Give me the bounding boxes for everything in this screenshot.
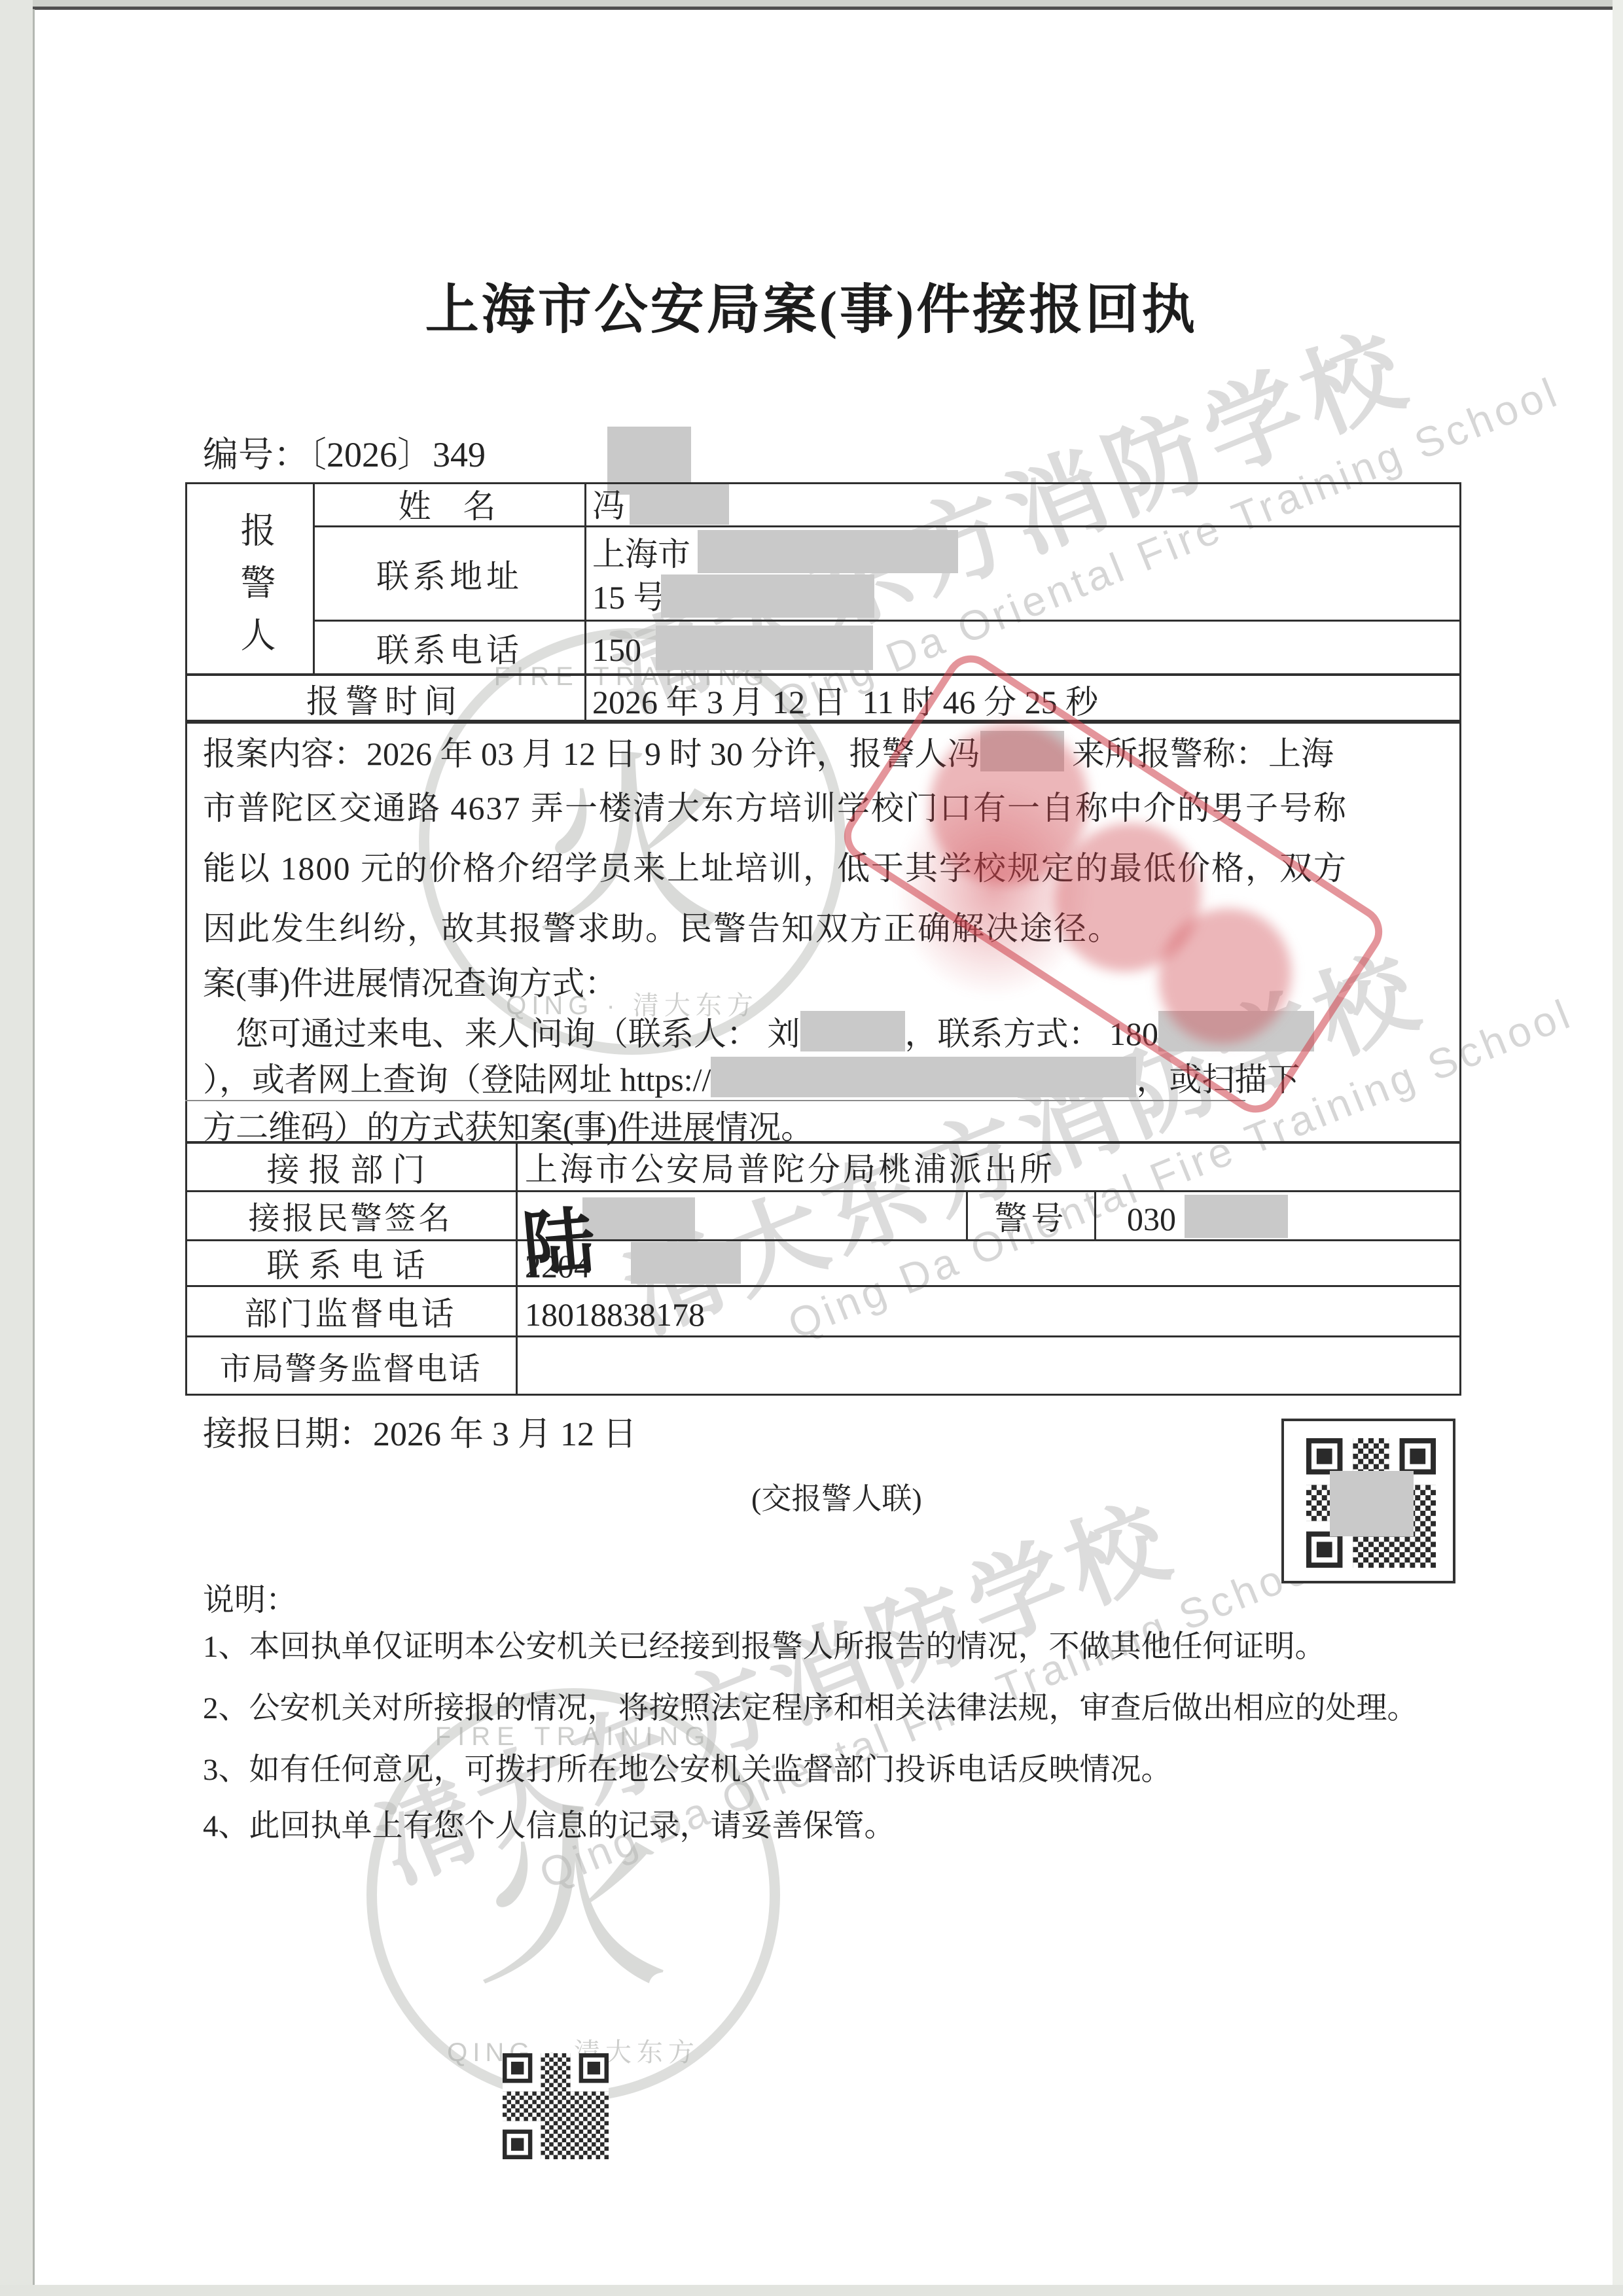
scan-edge	[0, 2285, 1623, 2296]
reporter-group-label: 报警人	[230, 512, 281, 669]
qr-code-frame	[1281, 1419, 1455, 1583]
copy-note: (交报警人联)	[751, 1480, 922, 1518]
address-line2: 15 号	[592, 577, 666, 618]
redaction-box	[711, 1057, 1136, 1097]
ref-label: 编号：	[203, 435, 309, 474]
office-phone-label: 联系电话	[185, 1241, 516, 1284]
report-time-label: 报警时间	[185, 676, 584, 722]
name-label: 姓 名	[315, 482, 584, 525]
officer-signature: 陆	[518, 1183, 598, 1292]
query-heading: 案(事)件进展情况查询方式：	[203, 963, 617, 1004]
dept-label: 接报部门	[185, 1144, 516, 1190]
divider	[516, 1141, 518, 1396]
query-text: ），或者网上查询（登陆网址 https://	[203, 1053, 711, 1101]
dept-supervise-phone-label: 部门监督电话	[185, 1287, 516, 1335]
redaction-box	[582, 1197, 695, 1239]
redaction-box	[661, 574, 874, 618]
watermark-emblem: FIRE TRAINING 火 QING · 清大东方	[366, 1688, 780, 2102]
report-line: 报案内容：2026 年 03 月 12 日 9 时 30 分许，报警人冯 来所报…	[203, 728, 1334, 775]
scan-edge	[0, 7, 1623, 10]
address-label: 联系地址	[315, 527, 584, 620]
scan-edge	[0, 0, 1623, 7]
ref-value: 〔2026〕349	[309, 435, 486, 474]
note-item: 3、如有任何意见，可拨打所在地公安机关监督部门投诉电话反映情况。	[203, 1751, 1172, 1790]
reporter-phone-label: 联系电话	[315, 622, 584, 673]
redaction-box	[630, 484, 729, 525]
page-title: 上海市公安局案(事)件接报回执	[0, 267, 1623, 344]
qr-code	[503, 2053, 609, 2159]
dept-supervise-phone-value: 18018838178	[525, 1294, 705, 1335]
stamp-ink-smudge	[895, 783, 1092, 998]
redaction-box	[800, 1011, 905, 1051]
redaction-box	[631, 1242, 741, 1284]
scan-edge	[1613, 0, 1623, 2296]
query-text: 您可通过来电、来人问询（联系人： 刘	[203, 1008, 800, 1055]
redaction-box	[1330, 1471, 1414, 1536]
note-item: 4、此回执单上有您个人信息的记录，请妥善保管。	[203, 1807, 895, 1846]
redaction-box	[698, 530, 958, 573]
scan-edge	[0, 0, 33, 2296]
divider	[1094, 1190, 1096, 1241]
note-item: 2、公安机关对所接报的情况，将按照法定程序和相关法律法规，审查后做出相应的处理。	[203, 1689, 1418, 1728]
badge-value: 030	[1127, 1199, 1176, 1240]
notes-title: 说明：	[203, 1581, 297, 1620]
redaction-box	[1185, 1195, 1288, 1238]
name-value: 冯	[592, 486, 625, 527]
badge-label: 警号	[968, 1192, 1094, 1239]
scanned-document-page: 清大东方消防学校 Qing Da Oriental Fire Training …	[0, 0, 1623, 2296]
query-line: 方二维码）的方式获知案(事)件进展情况。	[203, 1107, 813, 1148]
ref-number-line: 编号：〔2026〕349	[203, 433, 486, 478]
redaction-box	[656, 626, 873, 670]
query-line: ），或者网上查询（登陆网址 https://，或扫描下	[203, 1053, 1300, 1101]
dept-value: 上海市公安局普陀分局桃浦派出所	[525, 1149, 1055, 1190]
city-supervise-phone-label: 市局警务监督电话	[185, 1337, 516, 1394]
divider	[584, 482, 586, 722]
reporter-phone-value: 150	[592, 629, 641, 671]
report-text: 报案内容：2026 年 03 月 12 日 9 时 30 分许，报警人冯	[203, 728, 980, 775]
address-line1: 上海市	[592, 534, 690, 575]
receive-date-line: 接报日期：2026 年 3 月 12 日	[203, 1413, 637, 1456]
scan-edge	[33, 9, 35, 2296]
note-item: 1、本回执单仅证明本公安机关已经接到报警人所报告的情况，不做其他任何证明。	[203, 1628, 1326, 1667]
officer-label: 接报民警签名	[185, 1192, 516, 1239]
